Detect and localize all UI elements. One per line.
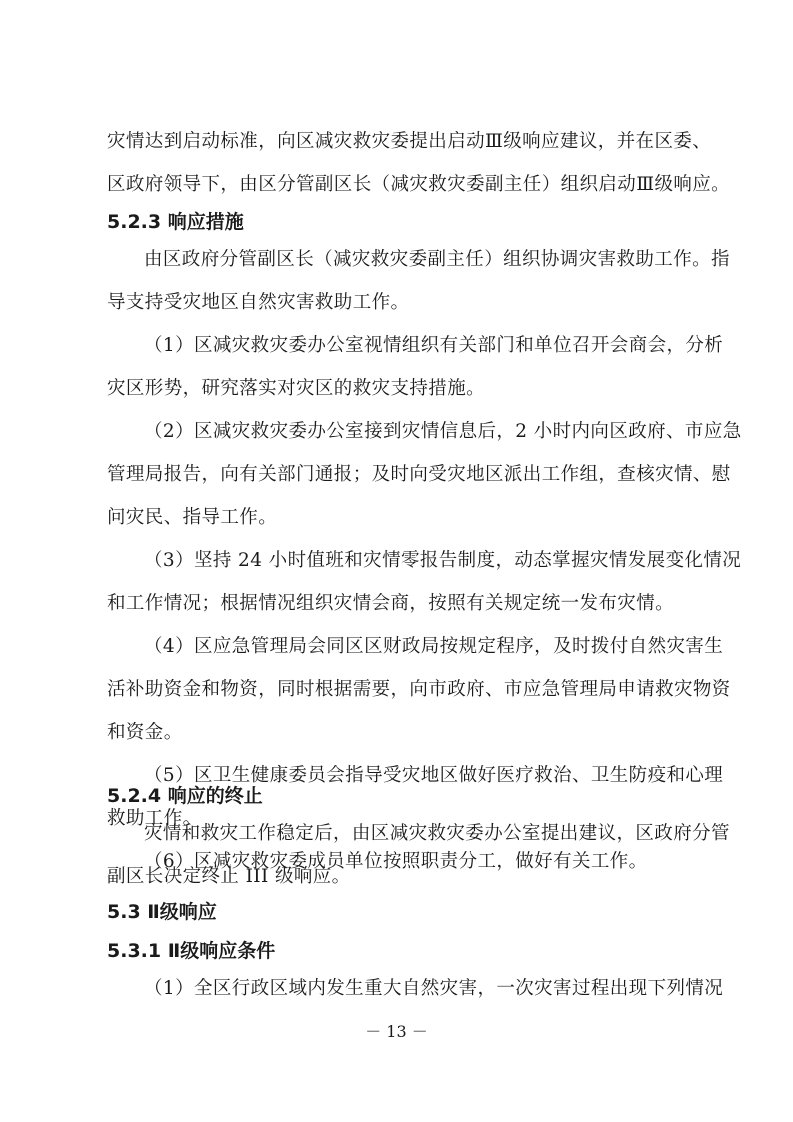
paragraph-line: 导支持受灾地区自然灾害救助工作。	[107, 290, 717, 316]
section-heading-5-2-3: 5.2.3 响应措施	[107, 209, 244, 235]
list-item-2: （2）区减灾救灾委办公室接到灾情信息后，2 小时内向区政府、市应急	[144, 419, 718, 445]
list-item-4-cont: 活补助资金和物资，同时根据需要，向市政府、市应急管理局申请救灾物资	[107, 677, 717, 703]
paragraph-line: （1）全区行政区域内发生重大自然灾害，一次灾害过程出现下列情况	[144, 976, 718, 1002]
list-item-4: （4）区应急管理局会同区区财政局按规定程序，及时拨付自然灾害生	[144, 634, 718, 660]
list-item-1: （1）区减灾救灾委办公室视情组织有关部门和单位召开会商会，分析	[144, 333, 718, 359]
paragraph-line: 由区政府分管副区长（减灾救灾委副主任）组织协调灾害救助工作。指	[144, 247, 718, 273]
section-heading-5-3-1: 5.3.1 Ⅱ级响应条件	[107, 938, 275, 964]
paragraph-line: 灾情和救灾工作稳定后，由区减灾救灾委办公室提出建议，区政府分管	[144, 821, 718, 847]
list-item-4-cont: 和资金。	[107, 720, 717, 746]
section-heading-5-3: 5.3 Ⅱ级响应	[107, 899, 217, 925]
list-item-2-cont: 问灾民、指导工作。	[107, 505, 717, 531]
list-item-1-cont: 灾区形势，研究落实对灾区的救灾支持措施。	[107, 376, 717, 402]
page-number: － 13 －	[0, 1021, 793, 1043]
paragraph-line: 副区长决定终止 III 级响应。	[107, 864, 717, 890]
paragraph-line: 区政府领导下，由区分管副区长（减灾救灾委副主任）组织启动Ⅲ级响应。	[107, 172, 717, 198]
paragraph-line: 灾情达到启动标准，向区减灾救灾委提出启动Ⅲ级响应建议，并在区委、	[107, 129, 717, 155]
list-item-3-cont: 和工作情况；根据情况组织灾情会商，按照有关规定统一发布灾情。	[107, 591, 717, 617]
list-item-2-cont: 管理局报告，向有关部门通报；及时向受灾地区派出工作组，查核灾情、慰	[107, 462, 717, 488]
list-item-3: （3）坚持 24 小时值班和灾情零报告制度，动态掌握灾情发展变化情况	[144, 548, 718, 574]
document-page: 灾情达到启动标准，向区减灾救灾委提出启动Ⅲ级响应建议，并在区委、 区政府领导下，…	[0, 0, 793, 1122]
section-heading-5-2-4: 5.2.4 响应的终止	[107, 783, 263, 809]
